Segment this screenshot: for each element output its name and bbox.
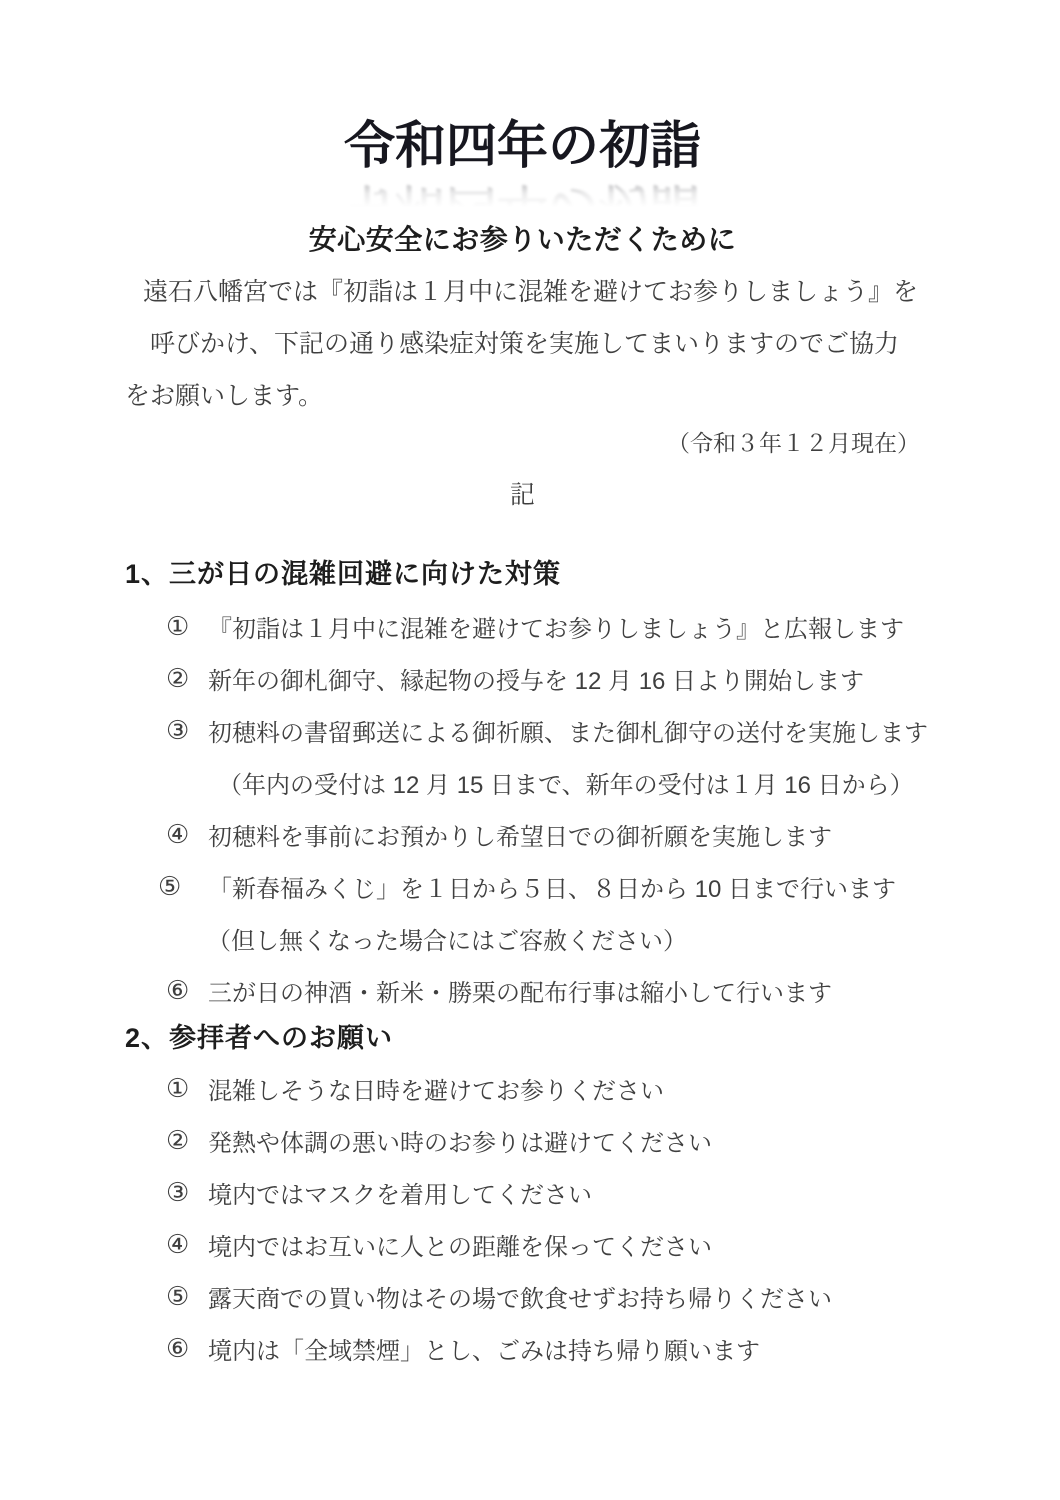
intro-paragraph: 遠石八幡宮では『初詣は１月中に混雑を避けてお参りしましょう』を 呼びかけ、下記の… [125,266,920,422]
item-text: 『初詣は１月中に混雑を避けてお参りしましょう』と広報します [208,609,904,644]
item-text: 境内ではお互いに人との距離を保ってください [208,1227,712,1262]
item-number: ⑥ [166,1333,208,1364]
list-item: ④ 初穂料を事前にお預かりし希望日での御祈願を実施します [125,808,920,860]
section-visitor-requests: 2、参拝者へのお願い ① 混雑しそうな日時を避けてお参りください ② 発熱や体調… [125,1016,920,1374]
item-note: （但し無くなった場合にはご容赦ください） [125,912,920,964]
title-reflection: 令和四年の初詣 [125,177,920,207]
item-number: ① [166,1073,208,1104]
item-list: ① 『初詣は１月中に混雑を避けてお参りしましょう』と広報します ② 新年の御札御… [125,600,920,1016]
item-number: ④ [166,819,208,850]
item-note: （年内の受付は 12 月 15 日まで、新年の受付は１月 16 日から） [125,756,920,808]
list-item: ⑥ 境内は「全域禁煙」とし、ごみは持ち帰り願います [125,1322,920,1374]
item-number: ③ [166,1177,208,1208]
title-block: 令和四年の初詣 令和四年の初詣 [125,116,920,207]
item-number: ⑥ [166,975,208,1006]
list-item: ③ 初穂料の書留郵送による御祈願、また御札御守の送付を実施します [125,704,920,756]
item-number: ③ [166,715,208,746]
item-number: ① [166,611,208,642]
list-item: ⑤ 露天商での買い物はその場で飲食せずお持ち帰りください [125,1270,920,1322]
item-number: ⑤ [166,1281,208,1312]
item-number: ② [166,1125,208,1156]
item-number: ② [166,663,208,694]
item-number: ⑤ [158,871,208,902]
list-item: ② 発熱や体調の悪い時のお参りは避けてください [125,1114,920,1166]
item-text: 境内は「全域禁煙」とし、ごみは持ち帰り願います [208,1331,760,1366]
section-heading: 2、参拝者へのお願い [125,1016,920,1060]
intro-line: をお願いします。 [125,370,920,422]
list-item: ⑥ 三が日の神酒・新米・勝栗の配布行事は縮小して行います [125,964,920,1016]
list-item: ④ 境内ではお互いに人との距離を保ってください [125,1218,920,1270]
item-text: 「新春福みくじ」を１日から５日、８日から 10 日まで行います [208,869,896,904]
item-number: ④ [166,1229,208,1260]
document-page: 令和四年の初詣 令和四年の初詣 安心安全にお参りいただくために 遠石八幡宮では『… [0,0,1060,1500]
item-text: 新年の御札御守、縁起物の授与を 12 月 16 日より開始します [208,661,864,696]
item-list: ① 混雑しそうな日時を避けてお参りください ② 発熱や体調の悪い時のお参りは避け… [125,1062,920,1374]
page-title: 令和四年の初詣 [125,116,920,176]
intro-line: 遠石八幡宮では『初詣は１月中に混雑を避けてお参りしましょう』を [125,266,920,318]
list-item: ① 『初詣は１月中に混雑を避けてお参りしましょう』と広報します [125,600,920,652]
item-text: 初穂料の書留郵送による御祈願、また御札御守の送付を実施します [208,713,928,748]
item-text: 露天商での買い物はその場で飲食せずお持ち帰りください [208,1279,832,1314]
section-countermeasures: 1、三が日の混雑回避に向けた対策 ① 『初詣は１月中に混雑を避けてお参りしましょ… [125,552,920,1016]
item-text: 初穂料を事前にお預かりし希望日での御祈願を実施します [208,817,832,852]
list-item: ① 混雑しそうな日時を避けてお参りください [125,1062,920,1114]
list-item: ⑤ 「新春福みくじ」を１日から５日、８日から 10 日まで行います [125,860,920,912]
page-subtitle: 安心安全にお参りいただくために [125,220,920,260]
title-reflection-text: 令和四年の初詣 [125,177,920,207]
item-text: 発熱や体調の悪い時のお参りは避けてください [208,1123,712,1158]
item-text: 三が日の神酒・新米・勝栗の配布行事は縮小して行います [208,973,832,1008]
intro-line: 呼びかけ、下記の通り感染症対策を実施してまいりますのでご協力 [125,318,920,370]
list-item: ② 新年の御札御守、縁起物の授与を 12 月 16 日より開始します [125,652,920,704]
section-heading: 1、三が日の混雑回避に向けた対策 [125,552,920,596]
item-text: 境内ではマスクを着用してください [208,1175,592,1210]
ki-marker: 記 [125,475,920,515]
item-text: 混雑しそうな日時を避けてお参りください [208,1071,664,1106]
list-item: ③ 境内ではマスクを着用してください [125,1166,920,1218]
date-note: （令和３年１２月現在） [125,425,920,461]
